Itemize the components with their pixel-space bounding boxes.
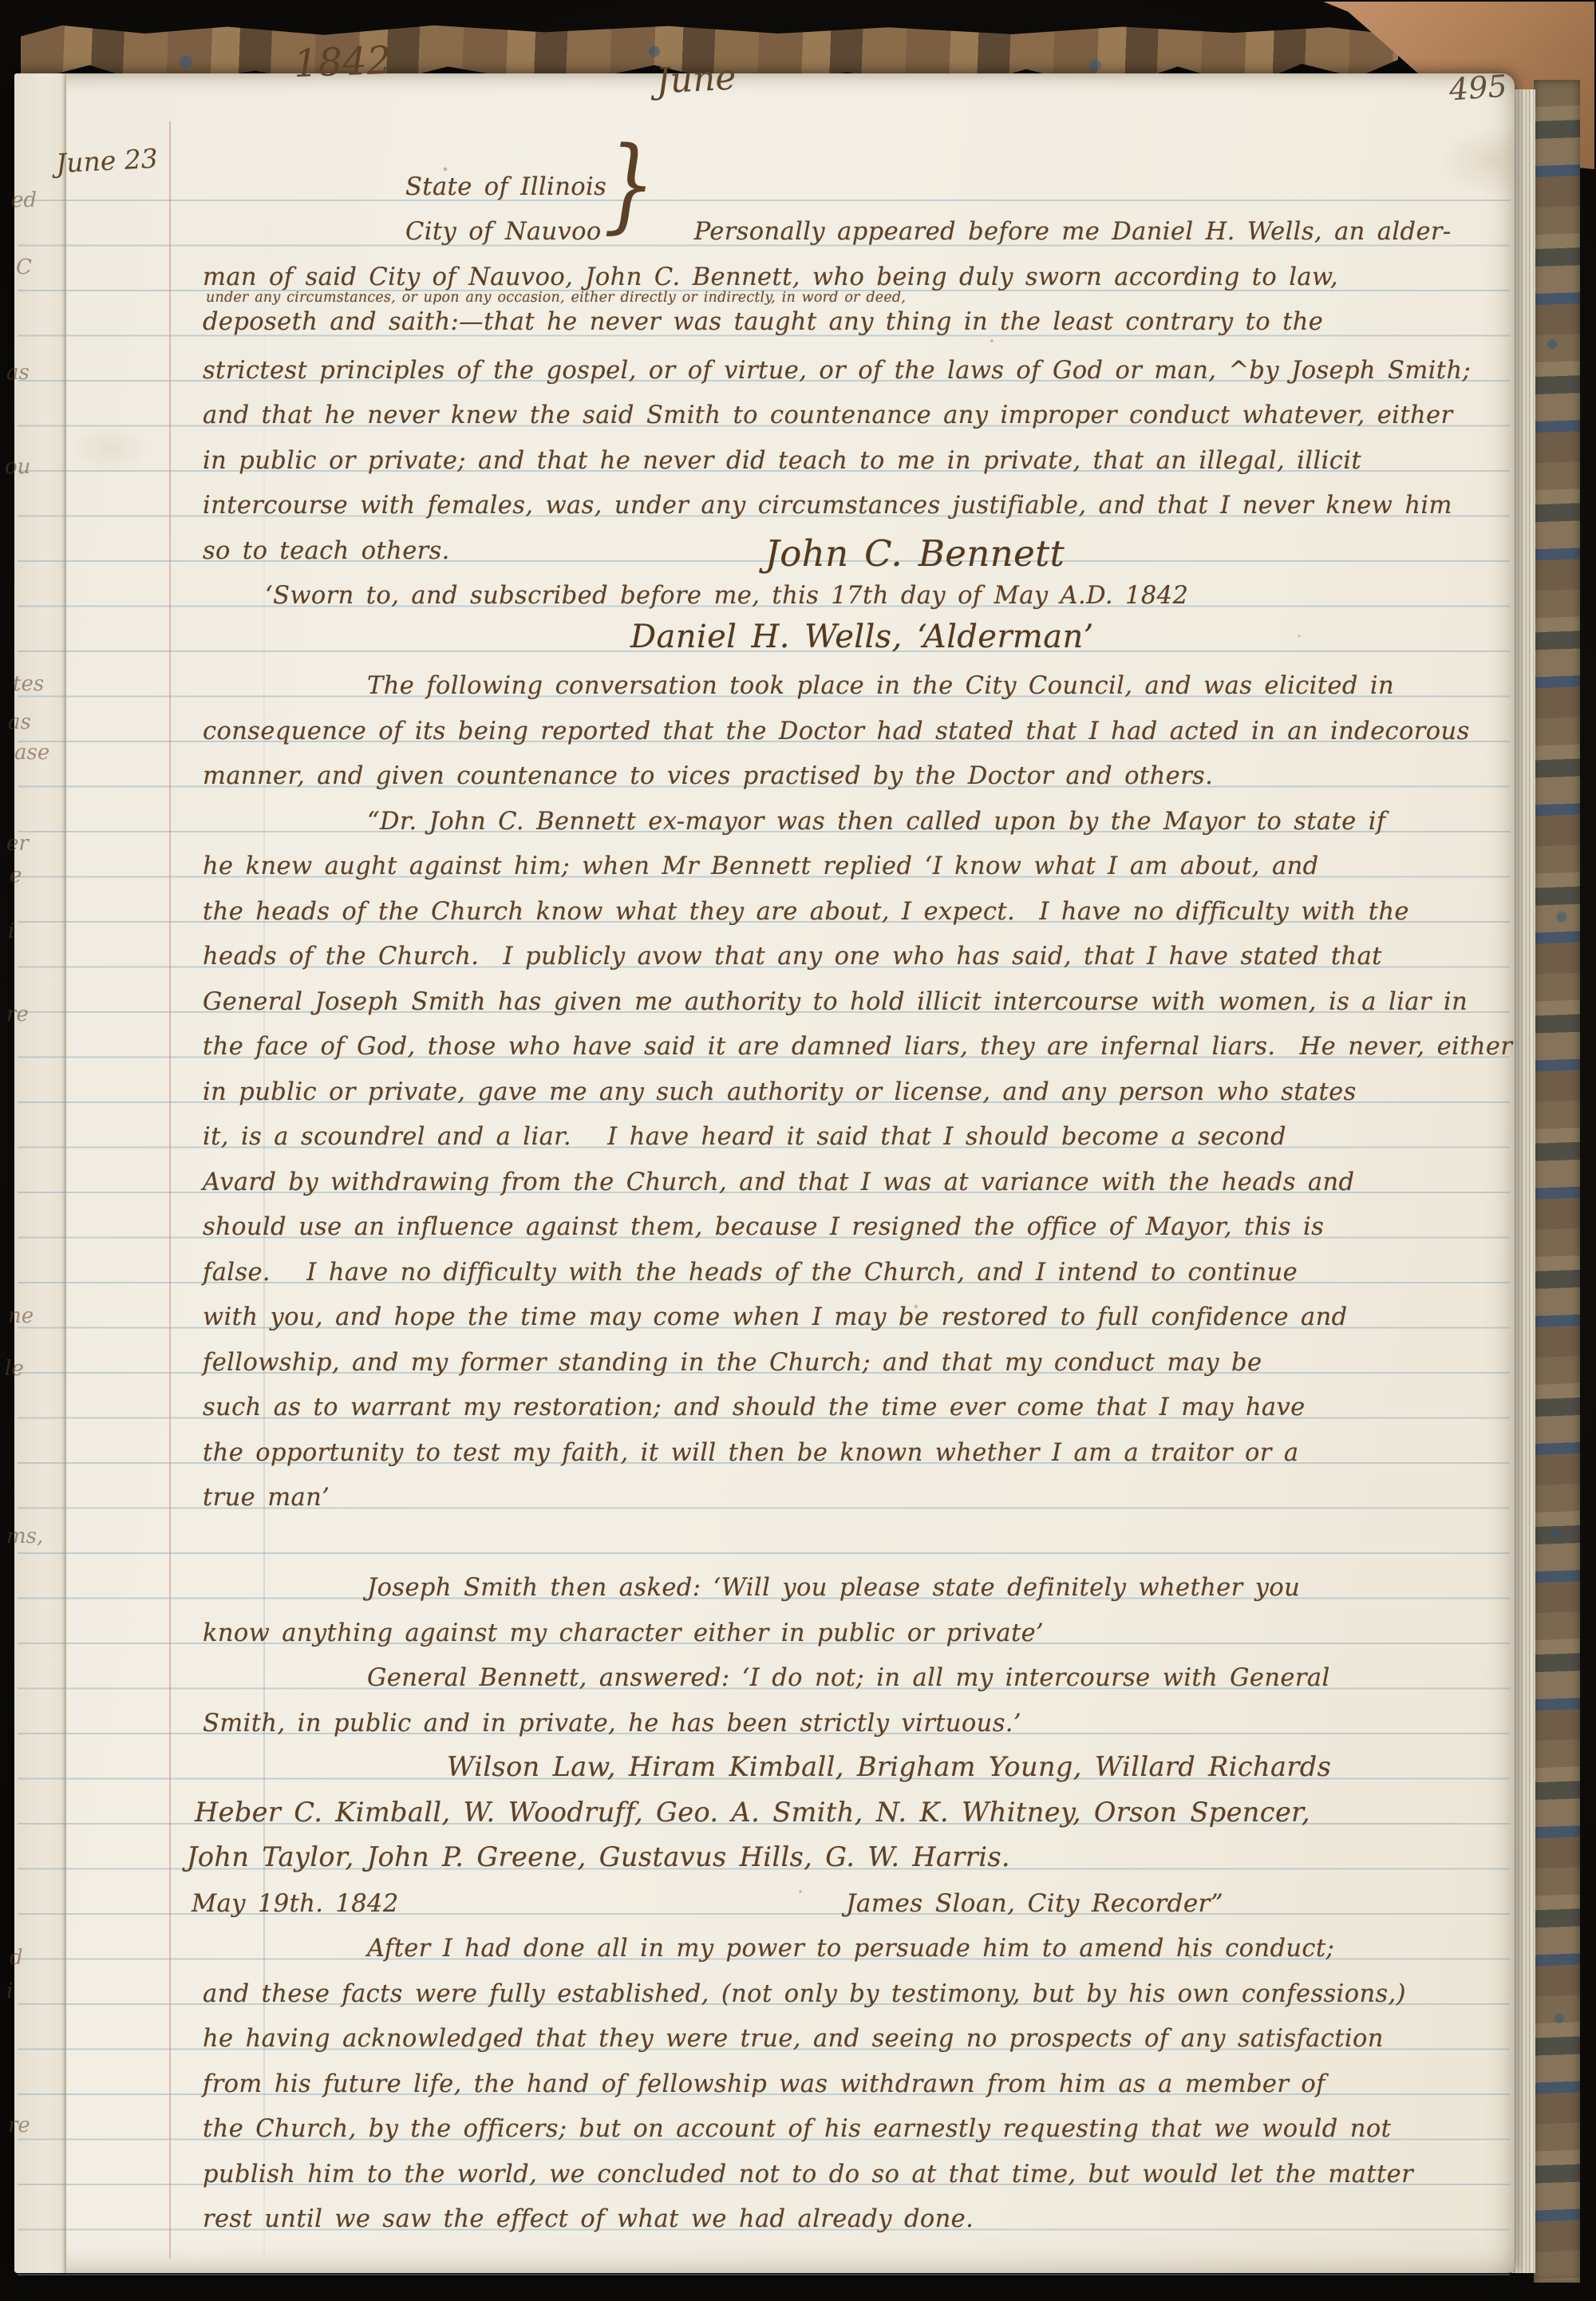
manuscript-text: the face of God, those who have said it …: [203, 1033, 1512, 1061]
manuscript-text: the opportunity to test my faith, it wil…: [203, 1439, 1298, 1467]
manuscript-text: such as to warrant my restoration; and s…: [203, 1394, 1306, 1421]
manuscript-text: under any circumstances, or upon any occ…: [206, 290, 906, 306]
manuscript-line: the Church, by the officers; but on acco…: [182, 2101, 1503, 2147]
manuscript-text: it, is a scoundrel and a liar. I have he…: [203, 1123, 1286, 1151]
month-heading: June: [655, 57, 737, 101]
manuscript-text: in public or private; and that he never …: [203, 447, 1361, 475]
manuscript-text: James Sloan, City Recorder”: [846, 1889, 1223, 1918]
manuscript-text: should use an influence against them, be…: [203, 1213, 1324, 1241]
manuscript-text: the heads of the Church know what they a…: [203, 898, 1409, 926]
manuscript-text: true man’: [203, 1484, 330, 1512]
margin-date: June 23: [55, 143, 159, 180]
manuscript-text: Daniel H. Wells, ‘Alderman’: [630, 619, 1094, 655]
manuscript-line: should use an influence against them, be…: [182, 1200, 1503, 1245]
manuscript-line: and that he never knew the said Smith to…: [182, 388, 1503, 433]
manuscript-text: from his future life, the hand of fellow…: [203, 2070, 1325, 2098]
manuscript-line: rest until we saw the effect of what we …: [182, 2192, 1503, 2237]
manuscript-text: he having acknowledged that they were tr…: [203, 2025, 1384, 2053]
manuscript-line: such as to warrant my restoration; and s…: [182, 1380, 1503, 1425]
manuscript-line: [182, 1515, 1503, 1560]
manuscript-line: publish him to the world, we concluded n…: [182, 2146, 1503, 2192]
manuscript-line: John Taylor, John P. Greene, Gustavus Hi…: [182, 1831, 1503, 1876]
manuscript-text: Joseph Smith then asked: ‘Will you pleas…: [367, 1574, 1300, 1602]
manuscript-line: Daniel H. Wells, ‘Alderman’: [182, 613, 1503, 658]
manuscript-line: ‘Sworn to, and subscribed before me, thi…: [182, 568, 1503, 614]
manuscript-text: John C. Bennett: [765, 532, 1065, 575]
manuscript-line: Wilson Law, Hiram Kimball, Brigham Young…: [182, 1741, 1503, 1786]
manuscript-line: State of Illinois: [182, 159, 1503, 204]
manuscript-text: rest until we saw the effect of what we …: [203, 2205, 974, 2233]
book-photo: edCasoutesasaseereirenelems,dire 1842 Ju…: [0, 0, 1596, 2301]
manuscript-line: May 19th. 1842James Sloan, City Recorder…: [182, 1876, 1503, 1921]
manuscript-line: “Dr. John C. Bennett ex-mayor was then c…: [182, 793, 1503, 839]
manuscript-text: with you, and hope the time may come whe…: [203, 1303, 1348, 1331]
manuscript-line: in public or private; and that he never …: [182, 433, 1503, 478]
manuscript-text: Personally appeared before me Daniel H. …: [694, 218, 1452, 246]
manuscript-text: State of Illinois: [405, 173, 606, 201]
margin-rule: [169, 121, 171, 2259]
year-heading: 1842: [293, 38, 392, 86]
manuscript-line: it, is a scoundrel and a liar. I have he…: [182, 1109, 1503, 1155]
manuscript-text: intercourse with females, was, under any…: [203, 492, 1452, 520]
manuscript-line: false. I have no difficulty with the hea…: [182, 1244, 1503, 1290]
manuscript-text: Wilson Law, Hiram Kimball, Brigham Young…: [447, 1751, 1331, 1782]
marbled-board-edge: [1534, 80, 1580, 2283]
manuscript-text: May 19th. 1842: [192, 1890, 399, 1918]
manuscript-text: and these facts were fully established, …: [203, 1980, 1406, 2008]
manuscript-line: from his future life, the hand of fellow…: [182, 2056, 1503, 2101]
manuscript-text: man of said City of Nauvoo, John C. Benn…: [203, 263, 1338, 291]
manuscript-line: know anything against my character eithe…: [182, 1605, 1503, 1651]
manuscript-text: ‘Sworn to, and subscribed before me, thi…: [265, 582, 1188, 610]
manuscript-line: Smith, in public and in private, he has …: [182, 1695, 1503, 1741]
manuscript-line: the heads of the Church know what they a…: [182, 884, 1503, 929]
manuscript-text: fellowship, and my former standing in th…: [203, 1349, 1262, 1377]
manuscript-text: know anything against my character eithe…: [203, 1619, 1044, 1647]
manuscript-line: General Bennett, answered: ‘I do not; in…: [182, 1651, 1503, 1696]
manuscript-line: strictest principles of the gospel, or o…: [182, 342, 1503, 388]
manuscript-text: deposeth and saith:—that he never was ta…: [203, 308, 1323, 336]
manuscript-text: and that he never knew the said Smith to…: [203, 401, 1452, 429]
manuscript-line: General Joseph Smith has given me author…: [182, 974, 1503, 1019]
manuscript-text: General Joseph Smith has given me author…: [203, 988, 1468, 1016]
bleed-through-fragment: i: [6, 1979, 13, 2003]
manuscript-lines: State of IllinoisCity of NauvooPersonall…: [182, 159, 1503, 2236]
manuscript-text: “Dr. John C. Bennett ex-mayor was then c…: [367, 808, 1386, 836]
manuscript-line: so to teach others.John C. Bennett: [182, 523, 1503, 568]
manuscript-text: consequence of its being reported that t…: [203, 718, 1470, 745]
manuscript-line: manner, and given countenance to vices p…: [182, 749, 1503, 794]
manuscript-text: The following conversation took place in…: [367, 672, 1394, 700]
manuscript-text: strictest principles of the gospel, or o…: [203, 357, 1471, 385]
manuscript-text: in public or private, gave me any such a…: [203, 1078, 1357, 1106]
manuscript-line: he knew aught against him; when Mr Benne…: [182, 839, 1503, 884]
manuscript-text: so to teach others.: [203, 537, 450, 565]
manuscript-line: man of said City of Nauvoo, John C. Benn…: [182, 249, 1503, 295]
manuscript-text: John Taylor, John P. Greene, Gustavus Hi…: [187, 1841, 1010, 1872]
manuscript-line: consequence of its being reported that t…: [182, 703, 1503, 749]
manuscript-text: Heber C. Kimball, W. Woodruff, Geo. A. S…: [195, 1797, 1310, 1828]
manuscript-text: false. I have no difficulty with the hea…: [203, 1259, 1298, 1287]
manuscript-line: fellowship, and my former standing in th…: [182, 1334, 1503, 1380]
manuscript-text: After I had done all in my power to pers…: [367, 1935, 1334, 1963]
manuscript-line: true man’: [182, 1470, 1503, 1516]
manuscript-text: heads of the Church. I publicly avow tha…: [203, 943, 1382, 971]
manuscript-line: with you, and hope the time may come whe…: [182, 1290, 1503, 1335]
page-edge-stack: [1511, 89, 1535, 2273]
page-number: 495: [1448, 69, 1508, 108]
manuscript-line: the face of God, those who have said it …: [182, 1019, 1503, 1065]
manuscript-text: he knew aught against him; when Mr Benne…: [203, 852, 1319, 880]
manuscript-line: and these facts were fully established, …: [182, 1966, 1503, 2011]
manuscript-line: heads of the Church. I publicly avow tha…: [182, 929, 1503, 975]
manuscript-text: manner, and given countenance to vices p…: [203, 762, 1213, 790]
manuscript-text: Smith, in public and in private, he has …: [203, 1710, 1021, 1738]
manuscript-text: City of Nauvoo: [405, 218, 602, 246]
manuscript-line: he having acknowledged that they were tr…: [182, 2011, 1503, 2057]
manuscript-line: City of NauvooPersonally appeared before…: [182, 204, 1503, 250]
manuscript-line: in public or private, gave me any such a…: [182, 1064, 1503, 1109]
manuscript-line: the opportunity to test my faith, it wil…: [182, 1425, 1503, 1470]
manuscript-line: Joseph Smith then asked: ‘Will you pleas…: [182, 1560, 1503, 1606]
manuscript-line: The following conversation took place in…: [182, 658, 1503, 704]
manuscript-line: Avard by withdrawing from the Church, an…: [182, 1154, 1503, 1200]
manuscript-line: Heber C. Kimball, W. Woodruff, Geo. A. S…: [182, 1785, 1503, 1831]
manuscript-text: Avard by withdrawing from the Church, an…: [203, 1168, 1354, 1196]
manuscript-line: After I had done all in my power to pers…: [182, 1921, 1503, 1967]
manuscript-text: publish him to the world, we concluded n…: [203, 2161, 1413, 2188]
manuscript-text: General Bennett, answered: ‘I do not; in…: [367, 1664, 1330, 1692]
manuscript-line: intercourse with females, was, under any…: [182, 478, 1503, 524]
manuscript-text: the Church, by the officers; but on acco…: [203, 2115, 1391, 2143]
